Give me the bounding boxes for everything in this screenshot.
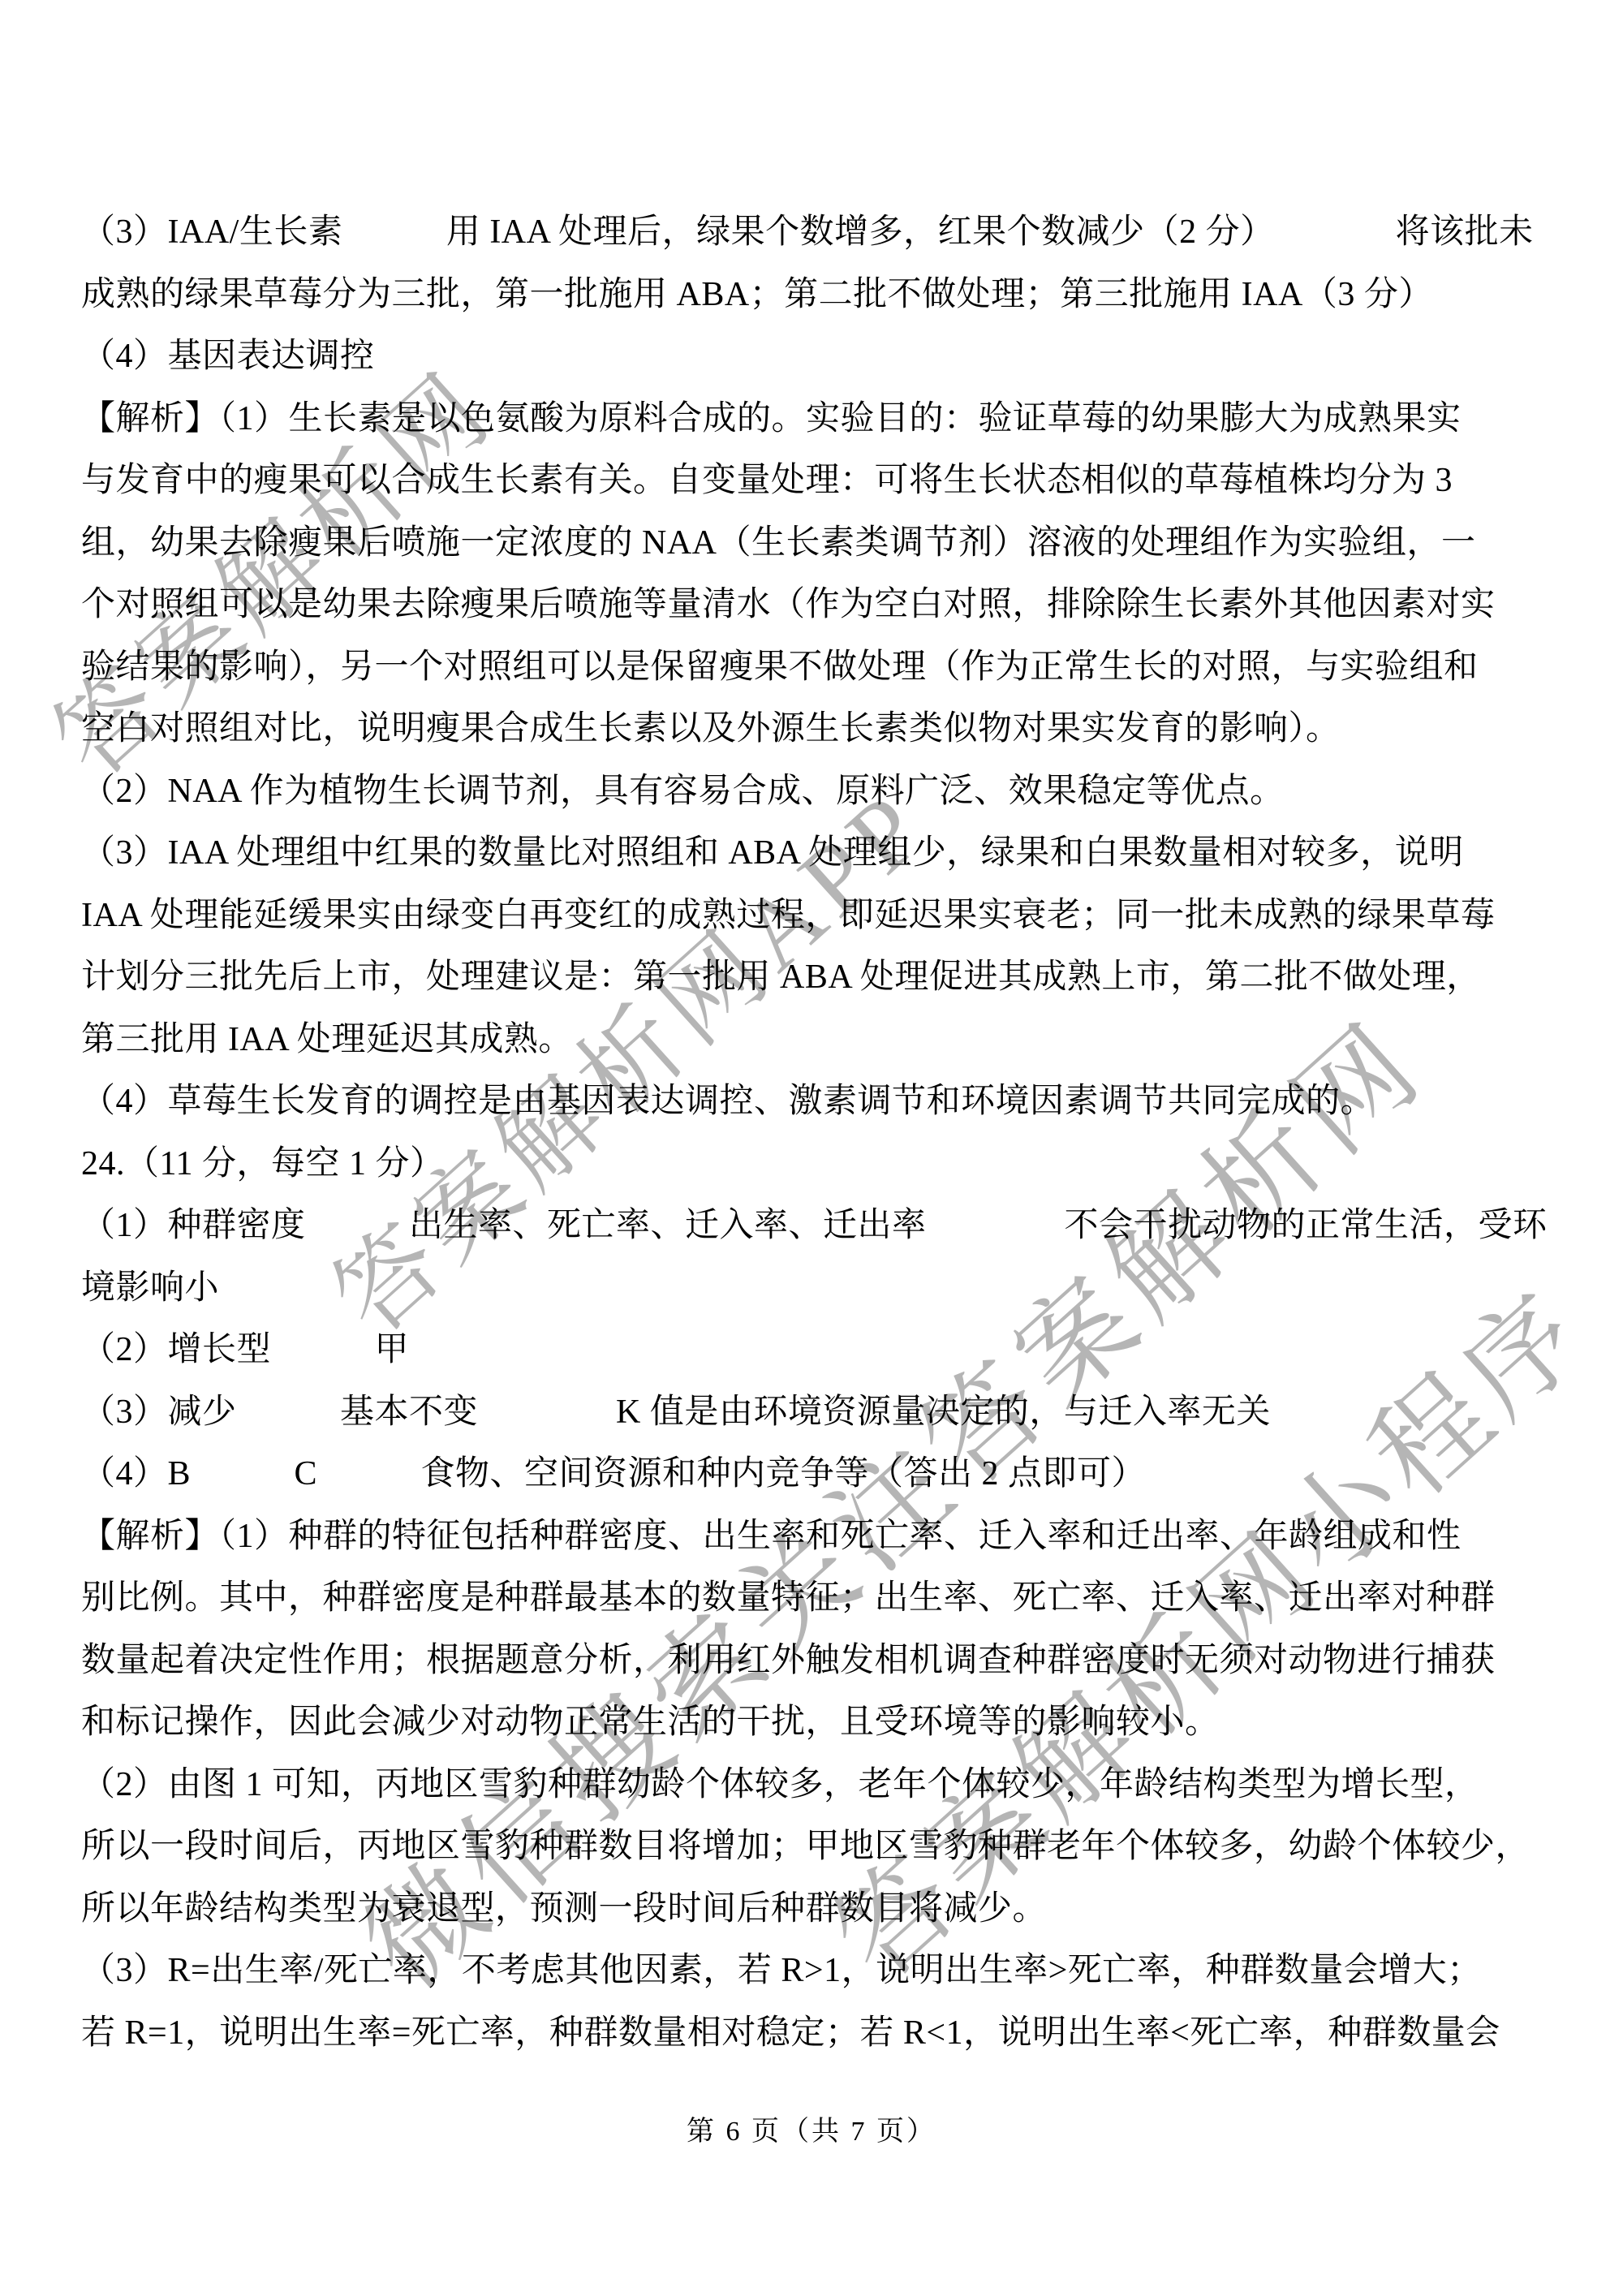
text-line: 验结果的影响），另一个对照组可以是保留瘦果不做处理（作为正常生长的对照，与实验组… bbox=[81, 636, 1550, 699]
text-line: 组，幼果去除瘦果后喷施一定浓度的 NAA（生长素类调节剂）溶液的处理组作为实验组… bbox=[81, 512, 1550, 575]
text-line: （3）IAA/生长素 用 IAA 处理后，绿果个数增多，红果个数减少（2 分） … bbox=[81, 201, 1550, 264]
text-line: （3）减少 基本不变 K 值是由环境资源量决定的，与迁入率无关 bbox=[81, 1381, 1550, 1444]
text-line: 所以一段时间后，丙地区雪豹种群数目将增加；甲地区雪豹种群老年个体较多，幼龄个体较… bbox=[81, 1816, 1550, 1878]
text-line: 别比例。其中，种群密度是种群最基本的数量特征；出生率、死亡率、迁入率、迁出率对种… bbox=[81, 1567, 1550, 1630]
text-line: （4）基因表达调控 bbox=[81, 325, 1550, 388]
text-line: （2）由图 1 可知，丙地区雪豹种群幼龄个体较多，老年个体较少，年龄结构类型为增… bbox=[81, 1754, 1550, 1816]
text-line: （1）种群密度 出生率、死亡率、迁入率、迁出率 不会干扰动物的正常生活，受环 bbox=[81, 1195, 1550, 1257]
text-line: 与发育中的瘦果可以合成生长素有关。自变量处理：可将生长状态相似的草莓植株均分为 … bbox=[81, 450, 1550, 512]
text-line: 若 R=1，说明出生率=死亡率，种群数量相对稳定；若 R<1，说明出生率<死亡率… bbox=[81, 2002, 1550, 2065]
text-line: 计划分三批先后上市，处理建议是：第一批用 ABA 处理促进其成熟上市，第二批不做… bbox=[81, 946, 1550, 1009]
text-line: （2）增长型 甲 bbox=[81, 1319, 1550, 1381]
text-line: 境影响小 bbox=[81, 1257, 1550, 1320]
text-line: （2）NAA 作为植物生长调节剂，具有容易合成、原料广泛、效果稳定等优点。 bbox=[81, 760, 1550, 823]
text-line: 空白对照组对比，说明瘦果合成生长素以及外源生长素类似物对果实发育的影响）。 bbox=[81, 698, 1550, 760]
text-line: （3）R=出生率/死亡率，不考虑其他因素，若 R>1，说明出生率>死亡率，种群数… bbox=[81, 1940, 1550, 2002]
text-line: 成熟的绿果草莓分为三批，第一批施用 ABA；第二批不做处理；第三批施用 IAA（… bbox=[81, 264, 1550, 326]
text-line: （4）B C 食物、空间资源和种内竞争等（答出 2 点即可） bbox=[81, 1443, 1550, 1506]
document-page: 答案解析网 答案解析网APP 微信搜索关注答案解析网 答案解析网小程序 （3）I… bbox=[0, 0, 1623, 2296]
text-line: 第三批用 IAA 处理延迟其成熟。 bbox=[81, 1009, 1550, 1071]
text-line: 所以年龄结构类型为衰退型，预测一段时间后种群数目将减少。 bbox=[81, 1878, 1550, 1941]
text-line: 和标记操作，因此会减少对动物正常生活的干扰，且受环境等的影响较小。 bbox=[81, 1691, 1550, 1754]
text-line: 【解析】（1）种群的特征包括种群密度、出生率和死亡率、迁入率和迁出率、年龄组成和… bbox=[81, 1506, 1550, 1568]
text-line: 数量起着决定性作用；根据题意分析，利用红外触发相机调查种群密度时无须对动物进行捕… bbox=[81, 1630, 1550, 1692]
text-line: （3）IAA 处理组中红果的数量比对照组和 ABA 处理组少，绿果和白果数量相对… bbox=[81, 822, 1550, 885]
text-line: （4）草莓生长发育的调控是由基因表达调控、激素调节和环境因素调节共同完成的。 bbox=[81, 1070, 1550, 1133]
text-line: 个对照组可以是幼果去除瘦果后喷施等量清水（作为空白对照，排除除生长素外其他因素对… bbox=[81, 574, 1550, 636]
answer-text-block: （3）IAA/生长素 用 IAA 处理后，绿果个数增多，红果个数减少（2 分） … bbox=[81, 201, 1550, 2064]
text-line: 24.（11 分，每空 1 分） bbox=[81, 1133, 1550, 1195]
text-line: IAA 处理能延缓果实由绿变白再变红的成熟过程，即延迟果实衰老；同一批未成熟的绿… bbox=[81, 885, 1550, 947]
page-footer: 第 6 页（共 7 页） bbox=[0, 2109, 1623, 2148]
text-line: 【解析】（1）生长素是以色氨酸为原料合成的。实验目的：验证草莓的幼果膨大为成熟果… bbox=[81, 388, 1550, 450]
